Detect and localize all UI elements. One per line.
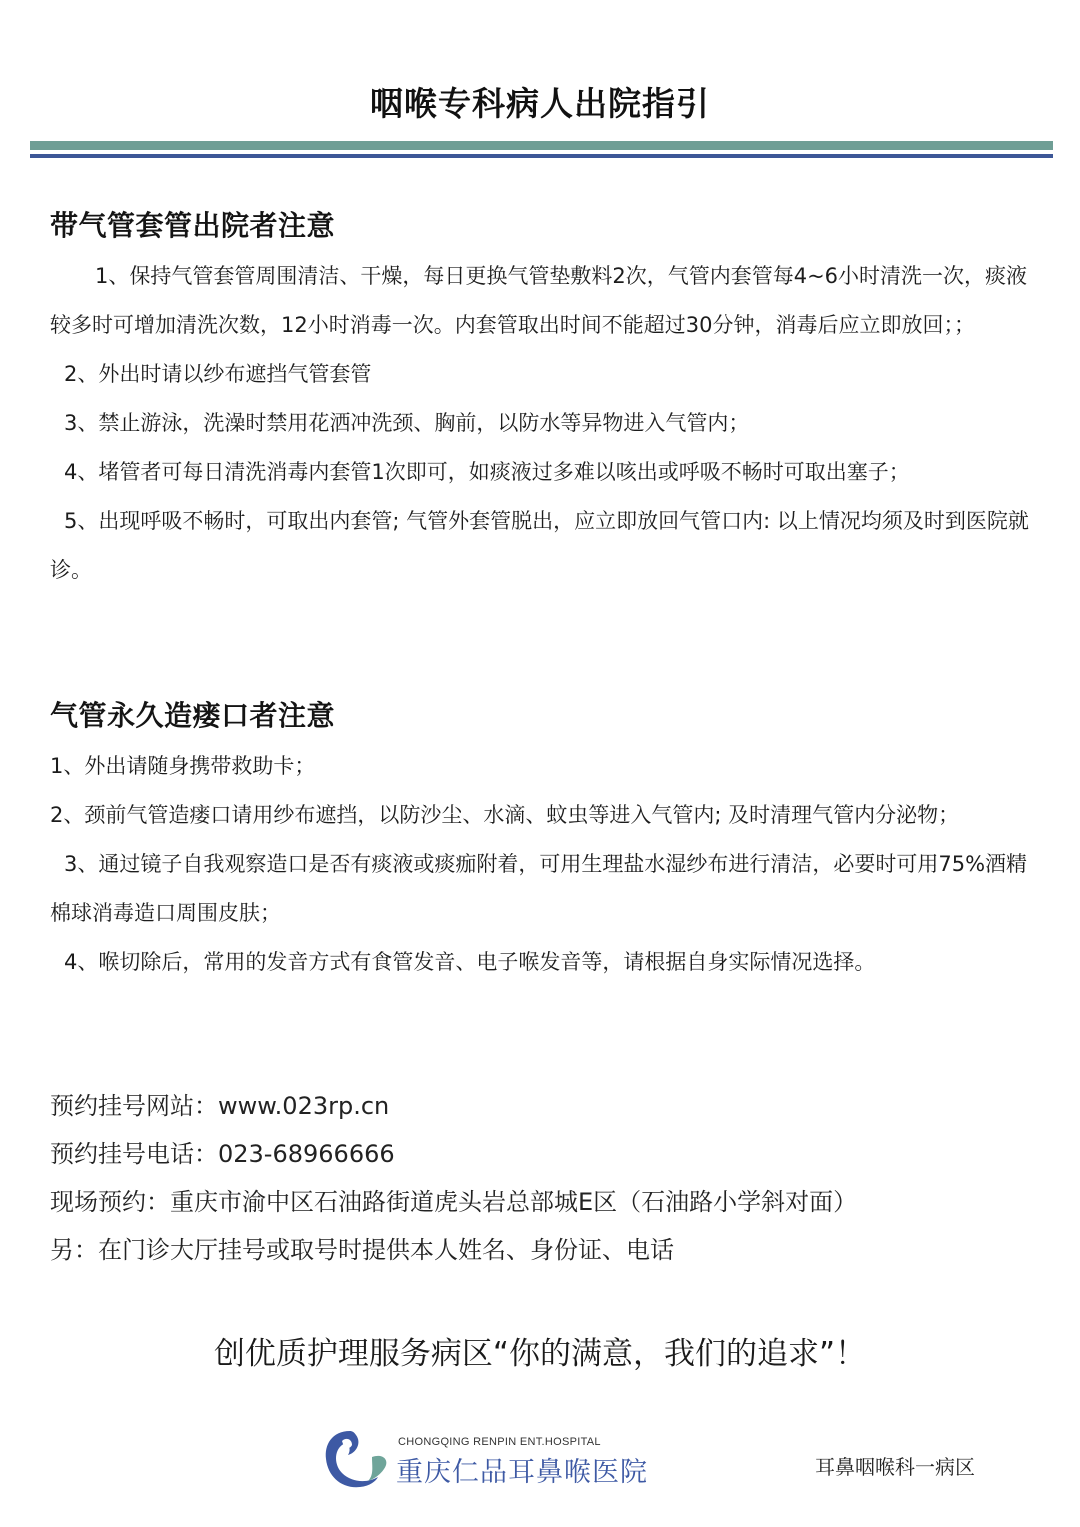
booking-phone: 预约挂号电话：023-68966666 xyxy=(50,1130,857,1178)
hospital-name-chinese: 重庆仁品耳鼻喉医院 xyxy=(396,1450,648,1489)
section-tracheal-cannula-list: 1、保持气管套管周围清洁、干燥，每日更换气管垫敷料2次，气管内套管每4~6小时清… xyxy=(50,252,1040,595)
hospital-name-english: CHONGQING RENPIN ENT.HOSPITAL xyxy=(398,1436,601,1448)
department-name: 耳鼻咽喉科一病区 xyxy=(815,1451,975,1480)
booking-website: 预约挂号网站：www.023rp.cn xyxy=(50,1082,857,1130)
list-item: 4、喉切除后，常用的发音方式有食管发音、电子喉发音等，请根据自身实际情况选择。 xyxy=(50,938,1040,987)
list-item: 5、出现呼吸不畅时，可取出内套管; 气管外套管脱出，应立即放回气管口内: 以上情… xyxy=(50,497,1040,595)
registration-note: 另：在门诊大厅挂号或取号时提供本人姓名、身份证、电话 xyxy=(50,1226,857,1274)
list-item: 3、禁止游泳，洗澡时禁用花洒冲洗颈、胸前，以防水等异物进入气管内； xyxy=(50,399,1040,448)
list-item: 1、保持气管套管周围清洁、干燥，每日更换气管垫敷料2次，气管内套管每4~6小时清… xyxy=(50,252,1040,350)
section-permanent-stoma-list: 1、外出请随身携带救助卡； 2、颈前气管造瘘口请用纱布遮挡，以防沙尘、水滴、蚊虫… xyxy=(50,742,1040,987)
list-item: 2、外出时请以纱布遮挡气管套管 xyxy=(50,350,1040,399)
section-heading-permanent-stoma: 气管永久造瘘口者注意 xyxy=(50,694,335,734)
list-item: 4、堵管者可每日清洗消毒内套管1次即可，如痰液过多难以咳出或呼吸不畅时可取出塞子… xyxy=(50,448,1040,497)
page-title: 咽喉专科病人出院指引 xyxy=(0,78,1080,125)
list-item: 2、颈前气管造瘘口请用纱布遮挡，以防沙尘、水滴、蚊虫等进入气管内; 及时清理气管… xyxy=(50,791,1040,840)
header-divider-teal xyxy=(30,141,1053,150)
list-item: 1、外出请随身携带救助卡； xyxy=(50,742,1040,791)
header-divider-blue xyxy=(30,154,1053,158)
section-heading-tracheal-cannula: 带气管套管出院者注意 xyxy=(50,204,335,244)
hospital-logo-icon xyxy=(322,1427,392,1491)
slogan: 创优质护理服务病区“你的满意，我们的追求”！ xyxy=(0,1328,1080,1373)
onsite-booking-address: 现场预约：重庆市渝中区石油路街道虎头岩总部城E区（石油路小学斜对面） xyxy=(50,1178,857,1226)
contact-info: 预约挂号网站：www.023rp.cn 预约挂号电话：023-68966666 … xyxy=(50,1082,857,1274)
list-item: 3、通过镜子自我观察造口是否有痰液或痰痂附着，可用生理盐水湿纱布进行清洁，必要时… xyxy=(50,840,1040,938)
